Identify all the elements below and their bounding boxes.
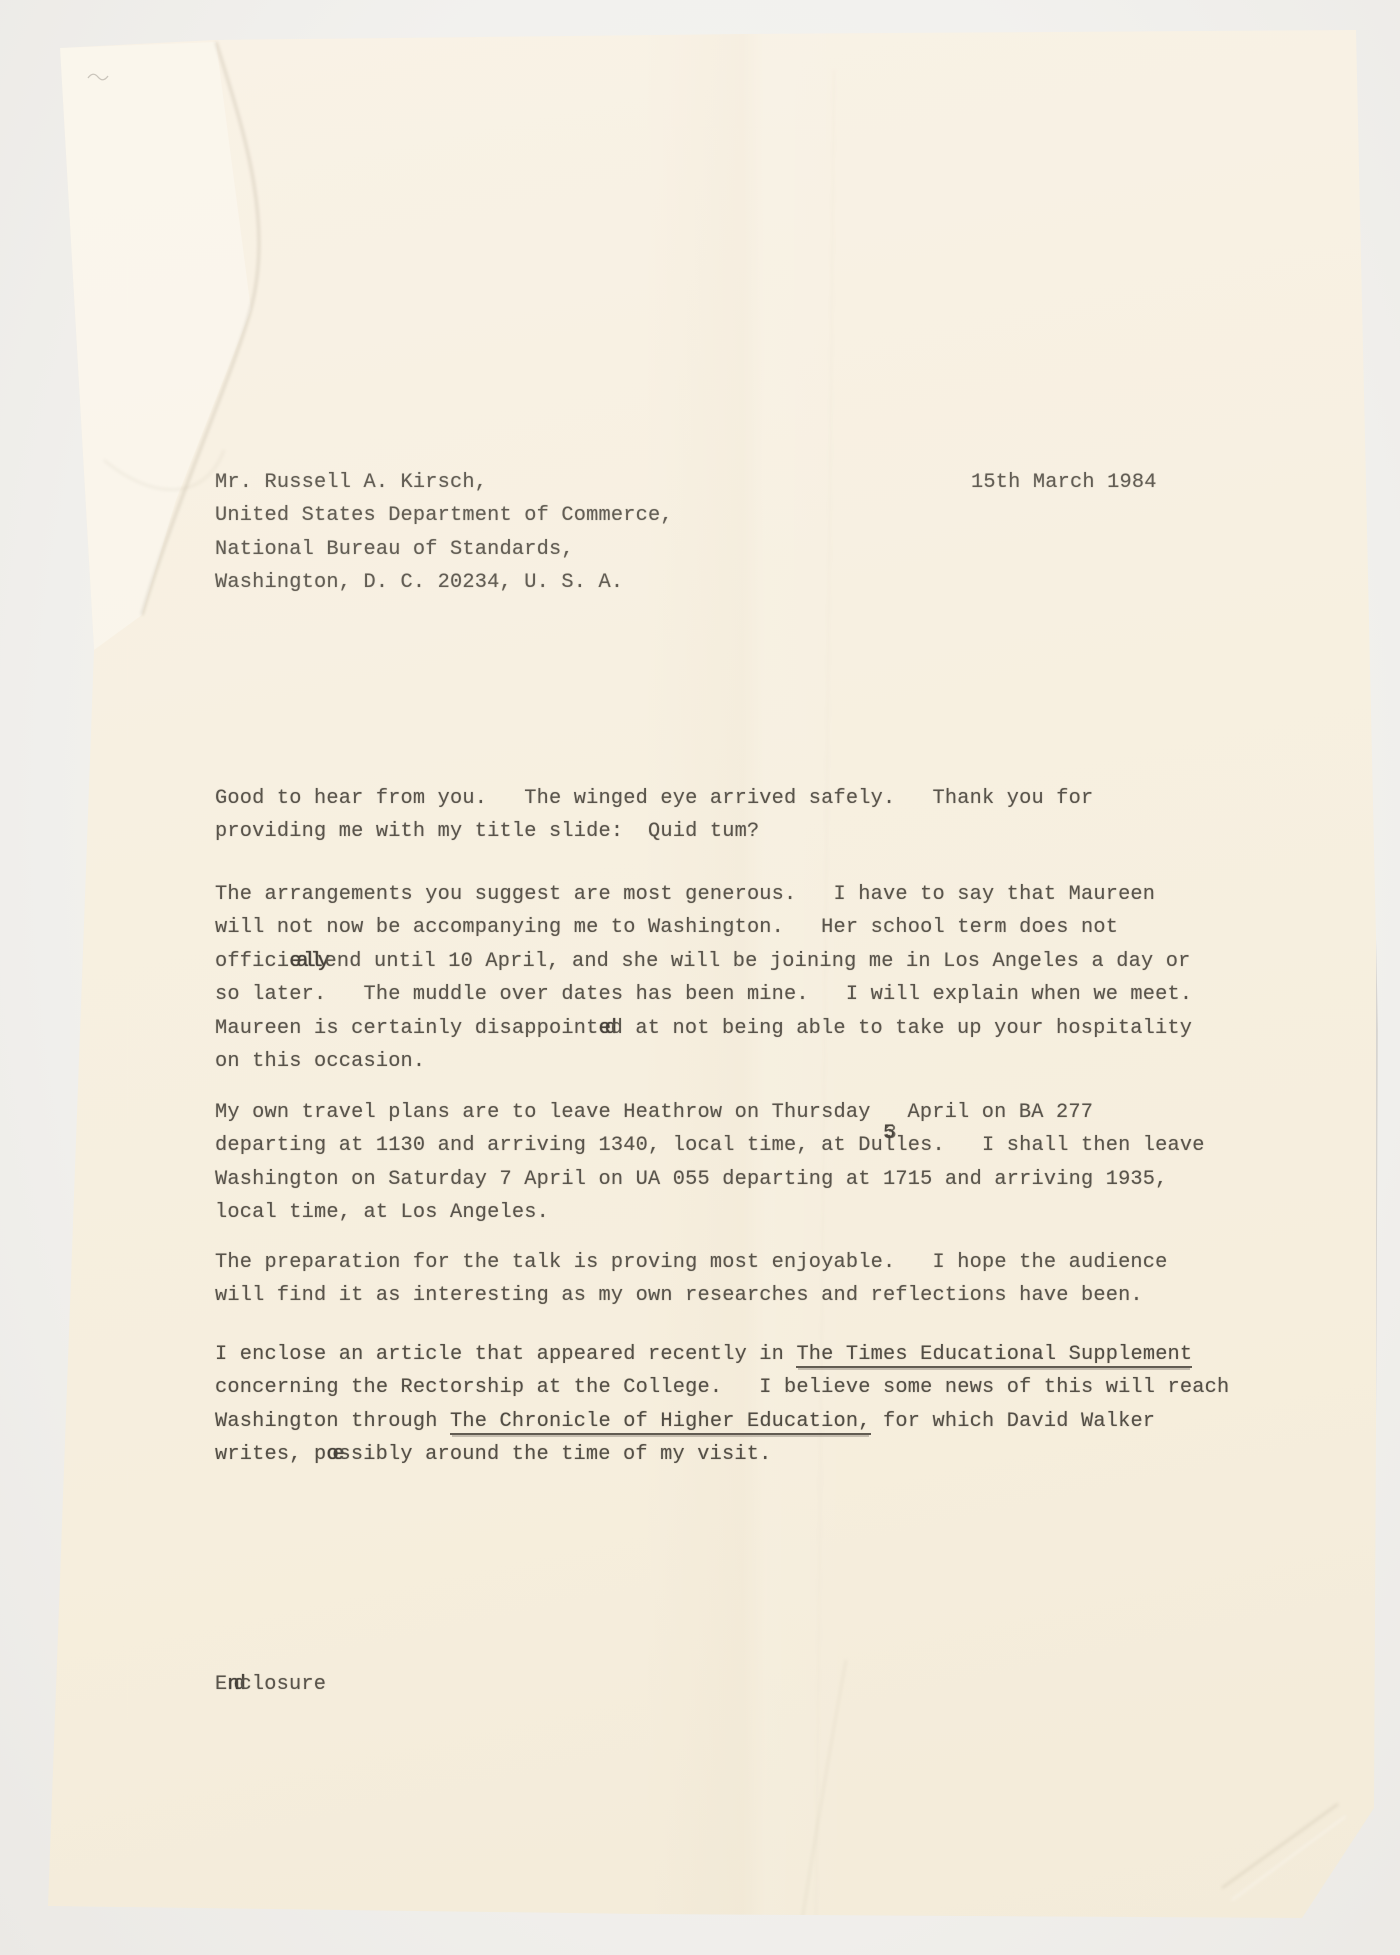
enclosure-note: Endclosure	[215, 1668, 326, 1701]
pencil-mark	[88, 74, 108, 80]
overstrike-cluster: oe	[326, 1443, 338, 1466]
letter-line: so later. The muddle over dates has been…	[215, 978, 1192, 1011]
corner-crease-secondary	[104, 450, 224, 490]
letter-line: Washington on Saturday 7 April on UA 055…	[215, 1163, 1205, 1196]
address-line: United States Department of Commerce,	[215, 499, 673, 532]
corner-fold-highlight	[1232, 1816, 1346, 1900]
letter-line: The preparation for the talk is proving …	[215, 1246, 1168, 1279]
letter-line: concerning the Rectorship at the College…	[215, 1371, 1229, 1404]
address-line: Mr. Russell A. Kirsch,	[215, 466, 673, 499]
letter-line-underline: Washington through The Chronicle of High…	[215, 1405, 1229, 1438]
bottom-crease	[802, 1660, 846, 1920]
letter-line-overstrike: Maureen is certainly disappointedd at no…	[215, 1012, 1192, 1045]
letter-line-underline: I enclose an article that appeared recen…	[215, 1338, 1229, 1371]
overstrike-cluster: ed	[599, 1017, 611, 1040]
paragraph-talk-preparation: The preparation for the talk is proving …	[215, 1246, 1168, 1313]
letter-line: The arrangements you suggest are most ge…	[215, 878, 1192, 911]
corner-fold-crease	[1222, 1804, 1338, 1888]
letter-line-overstrike: My own travel plans are to leave Heathro…	[215, 1096, 1205, 1129]
overstrike-cluster: eally	[289, 950, 324, 973]
letter-line-overstrike: officieallyend until 10 April, and she w…	[215, 945, 1192, 978]
underlined-publication-times: The Times Educational Supplement	[796, 1343, 1192, 1368]
letter-line: will find it as interesting as my own re…	[215, 1279, 1168, 1312]
letter-line: will not now be accompanying me to Washi…	[215, 911, 1192, 944]
address-line: National Bureau of Standards,	[215, 533, 673, 566]
address-line: Washington, D. C. 20234, U. S. A.	[215, 566, 673, 599]
paragraph-greeting: Good to hear from you. The winged eye ar…	[215, 782, 1093, 849]
letter-line: on this occasion.	[215, 1045, 1192, 1078]
letter-line: departing at 1130 and arriving 1340, loc…	[215, 1129, 1205, 1162]
letter-date: 15th March 1984	[971, 466, 1157, 499]
paragraph-enclosed-article: I enclose an article that appeared recen…	[215, 1338, 1229, 1472]
letter-line: providing me with my title slide: Quid t…	[215, 815, 1093, 848]
paragraph-arrangements: The arrangements you suggest are most ge…	[215, 878, 1192, 1078]
letter-page: Mr. Russell A. Kirsch, United States Dep…	[44, 30, 1376, 1922]
recipient-address: Mr. Russell A. Kirsch, United States Dep…	[215, 466, 673, 600]
overstrike-cluster: nd	[227, 1673, 239, 1696]
letter-line: local time, at Los Angeles.	[215, 1196, 1205, 1229]
underlined-publication-chronicle: The Chronicle of Higher Education,	[450, 1410, 871, 1435]
paragraph-travel-plans: My own travel plans are to leave Heathro…	[215, 1096, 1205, 1230]
letter-line: Good to hear from you. The winged eye ar…	[215, 782, 1093, 815]
letter-line-overstrike: writes, poessibly around the time of my …	[215, 1438, 1229, 1471]
